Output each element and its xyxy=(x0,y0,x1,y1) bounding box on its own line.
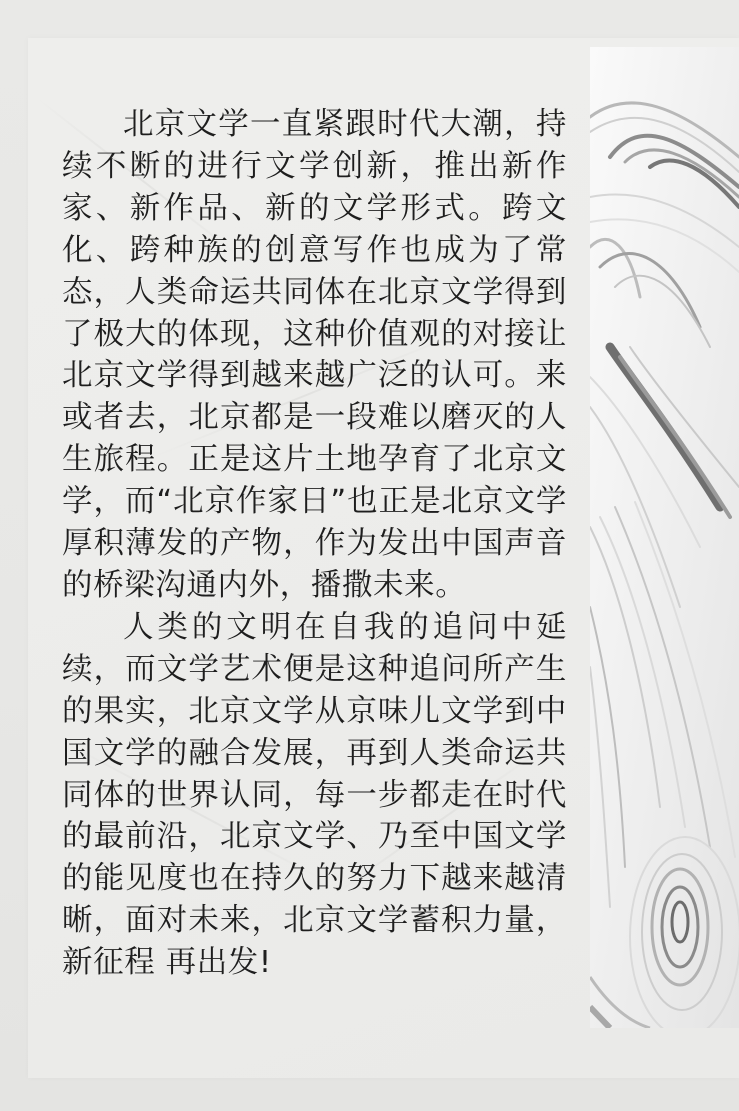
article-paragraph-1: 北京文学一直紧跟时代大潮，持续不断的进行文学创新，推出新作家、新作品、新的文学形… xyxy=(62,104,567,607)
paper-rolls-illustration xyxy=(590,47,739,1028)
paper-rolls-photo xyxy=(590,47,739,1028)
article-body: 北京文学一直紧跟时代大潮，持续不断的进行文学创新，推出新作家、新作品、新的文学形… xyxy=(62,104,567,984)
article-paragraph-2: 人类的文明在自我的追问中延续，而文学艺术便是这种追问所产生的果实，北京文学从京味… xyxy=(62,607,567,984)
